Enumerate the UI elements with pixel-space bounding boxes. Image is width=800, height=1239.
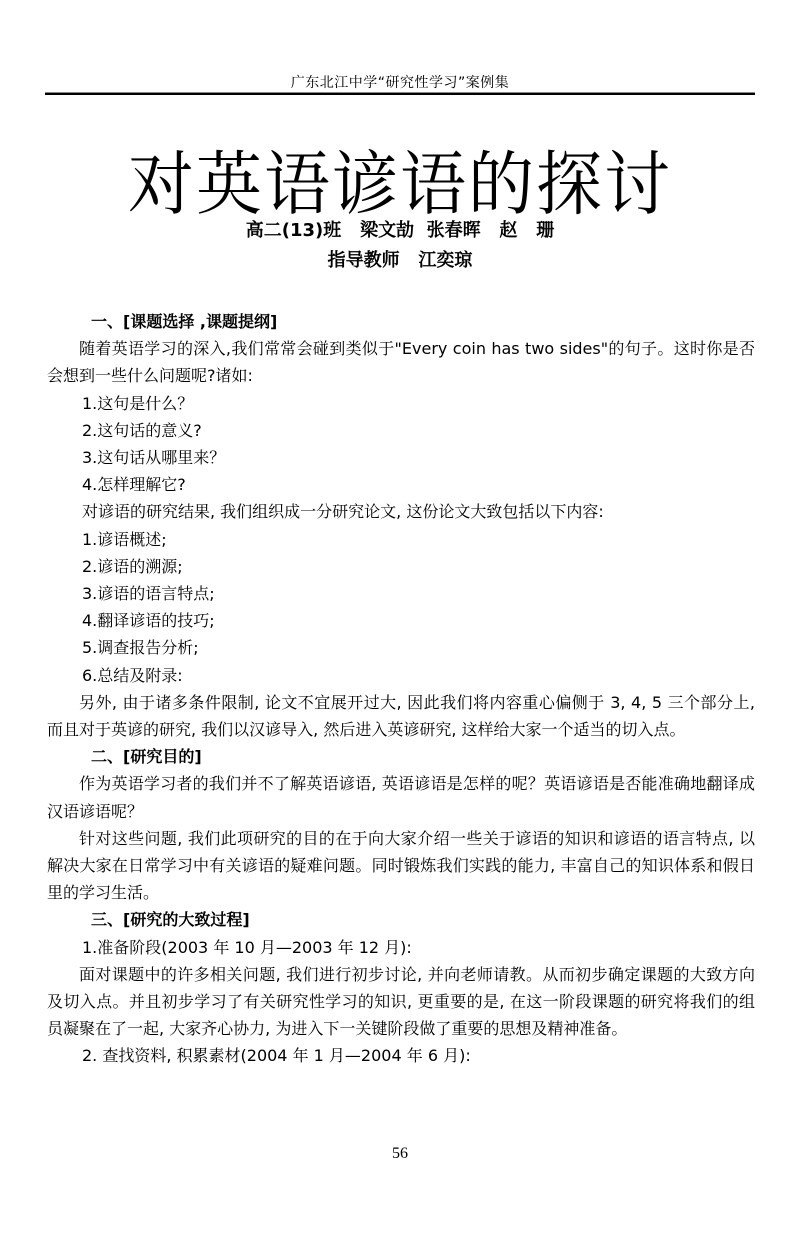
outline-item: 4.翻译谚语的技巧; xyxy=(47,607,755,634)
section-heading-2: 二、[研究目的] xyxy=(47,743,755,770)
question-item: 4.怎样理解它? xyxy=(47,471,755,498)
paragraph-purpose-2: 针对这些问题, 我们此项研究的目的在于向大家介绍一些关于谚语的知识和谚语的语言特… xyxy=(47,825,755,907)
outline-item: 3.谚语的语言特点; xyxy=(47,580,755,607)
paragraph-purpose-1: 作为英语学习者的我们并不了解英语谚语, 英语谚语是怎样的呢？英语谚语是否能准确地… xyxy=(47,770,755,824)
section-heading-3: 三、[研究的大致过程] xyxy=(47,906,755,933)
paragraph-intro: 随着英语学习的深入,我们常常会碰到类似于"Every coin has two … xyxy=(47,335,755,389)
outline-item: 5.调查报告分析; xyxy=(47,634,755,661)
question-item: 1.这句是什么？ xyxy=(47,390,755,417)
article-body: 一、[课题选择 ,课题提纲] 随着英语学习的深入,我们常常会碰到类似于"Ever… xyxy=(47,308,755,1070)
outline-item: 1.谚语概述; xyxy=(47,526,755,553)
header-rule xyxy=(45,92,755,95)
paragraph-closing: 另外, 由于诸多条件限制, 论文不宜展开过大, 因此我们将内容重心偏侧于 3, … xyxy=(47,689,755,743)
article-title: 对英语谚语的探讨 xyxy=(0,143,800,227)
stage-1-title: 1.准备阶段(2003 年 10 月—2003 年 12 月): xyxy=(47,934,755,961)
paragraph-stage-1: 面对课题中的许多相关问题, 我们进行初步讨论, 并向老师请教。从而初步确定课题的… xyxy=(47,961,755,1043)
outline-item: 6.总结及附录: xyxy=(47,662,755,689)
page-number: 56 xyxy=(0,1145,800,1163)
question-item: 3.这句话从哪里来？ xyxy=(47,444,755,471)
section-heading-1: 一、[课题选择 ,课题提纲] xyxy=(47,308,755,335)
question-item: 2.这句话的意义? xyxy=(47,417,755,444)
paragraph-outline-intro: 对谚语的研究结果, 我们组织成一分研究论文, 这份论文大致包括以下内容: xyxy=(47,498,755,525)
advisor-line: 指导教师 江奕琼 xyxy=(0,246,800,272)
authors-line: 高二(13)班 梁文劼 张春晖 赵 珊 xyxy=(0,216,800,242)
outline-item: 2.谚语的溯源; xyxy=(47,553,755,580)
stage-2-title: 2. 查找资料, 积累素材(2004 年 1 月—2004 年 6 月): xyxy=(47,1042,755,1069)
running-header: 广东北江中学“研究性学习”案例集 xyxy=(0,72,800,92)
